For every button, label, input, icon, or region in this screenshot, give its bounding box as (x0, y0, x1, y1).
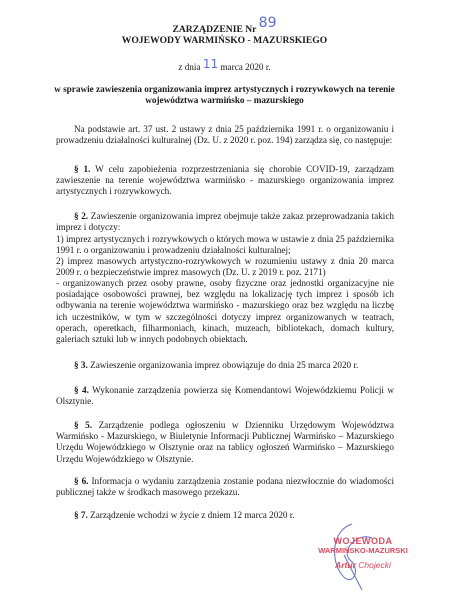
handwritten-day: 11 (203, 57, 218, 71)
section-6: § 6. Informacja o wydaniu zarządzenia zo… (56, 476, 394, 498)
document-title: ZARZĄDZENIE Nr 89 (0, 23, 449, 35)
section-text: Zawieszenie organizowania imprez obejmuj… (56, 211, 394, 232)
title-prefix: ZARZĄDZENIE Nr (172, 24, 256, 35)
stamp-region: WARMIŃSKO-MAZURSKI (318, 546, 408, 555)
section-text: Zarządzenie wchodzi w życie z dniem 12 m… (88, 510, 295, 520)
section-text: Informacja o wydaniu zarządzenia zostani… (56, 476, 394, 497)
official-stamp: WOJEWODA WARMIŃSKO-MAZURSKI Artur Chojec… (318, 536, 408, 571)
section-text: Wykonanie zarządzenia powierza się Komen… (56, 385, 394, 406)
date-suffix: marca 2020 r. (220, 62, 270, 72)
section-mark: § 3. (74, 360, 88, 370)
section-text: Zarządzenie podlega ogłoszeniu w Dzienni… (56, 420, 394, 464)
document-page: ZARZĄDZENIE Nr 89 WOJEWODY WARMIŃSKO - M… (0, 0, 449, 600)
subject-line-1: w sprawie zawieszenia organizowania impr… (0, 84, 449, 95)
section-2-item-2: 2) imprez masowych artystyczno-rozrywkow… (56, 256, 394, 278)
issue-date: z dnia 11 marca 2020 r. (0, 59, 449, 73)
section-2: § 2. Zawieszenie organizowania imprez ob… (56, 211, 394, 233)
stamp-name: Artur Chojecki (318, 559, 408, 571)
section-mark: § 7. (74, 510, 88, 520)
section-mark: § 5. (74, 420, 92, 430)
section-3: § 3. Zawieszenie organizowania imprez ob… (56, 360, 394, 371)
section-mark: § 1. (74, 164, 90, 174)
preamble: Na podstawie art. 37 ust. 2 ustawy z dni… (56, 124, 394, 146)
section-4: § 4. Wykonanie zarządzenia powierza się … (56, 385, 394, 407)
stamp-first-name: Artur (335, 560, 356, 570)
date-prefix: z dnia (178, 62, 200, 72)
section-text: W celu zapobieżenia rozprzestrzeniania s… (56, 164, 394, 196)
section-2-item-1: 1) imprez artystycznych i rozrywkowych o… (56, 234, 394, 256)
section-text: Zawieszenie organizowania imprez obowiąz… (88, 360, 359, 370)
section-mark: § 4. (74, 385, 89, 395)
section-mark: § 6. (74, 476, 88, 486)
subject-line-2: województwa warmińsko – mazurskiego (0, 95, 449, 106)
section-1: § 1. W celu zapobieżenia rozprzestrzenia… (56, 164, 394, 198)
stamp-last-name: Chojecki (358, 560, 391, 570)
issuer: WOJEWODY WARMIŃSKO - MAZURSKIEGO (0, 35, 449, 46)
handwritten-number: 89 (259, 15, 277, 31)
section-2-scope: - organizowanych przez osoby prawne, oso… (56, 278, 394, 345)
stamp-title: WOJEWODA (318, 536, 408, 546)
section-mark: § 2. (74, 211, 88, 221)
section-5: § 5. Zarządzenie podlega ogłoszeniu w Dz… (56, 420, 394, 465)
